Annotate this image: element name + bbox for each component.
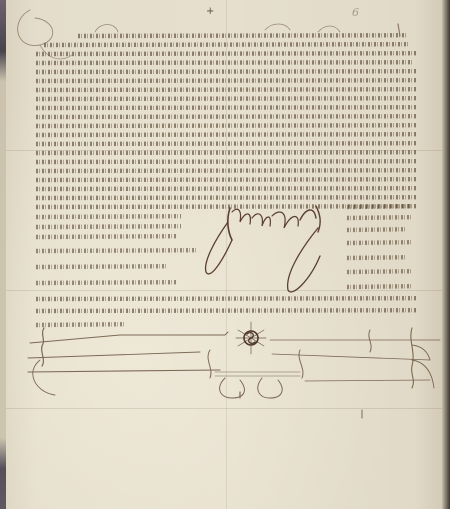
notarial-sign-icon	[236, 322, 266, 354]
royal-signature	[206, 206, 321, 292]
initial-flourish-icon	[18, 10, 53, 46]
ink-strokes	[0, 0, 450, 509]
manuscript-page: + 6	[0, 0, 450, 509]
rubric-lines	[28, 328, 440, 418]
